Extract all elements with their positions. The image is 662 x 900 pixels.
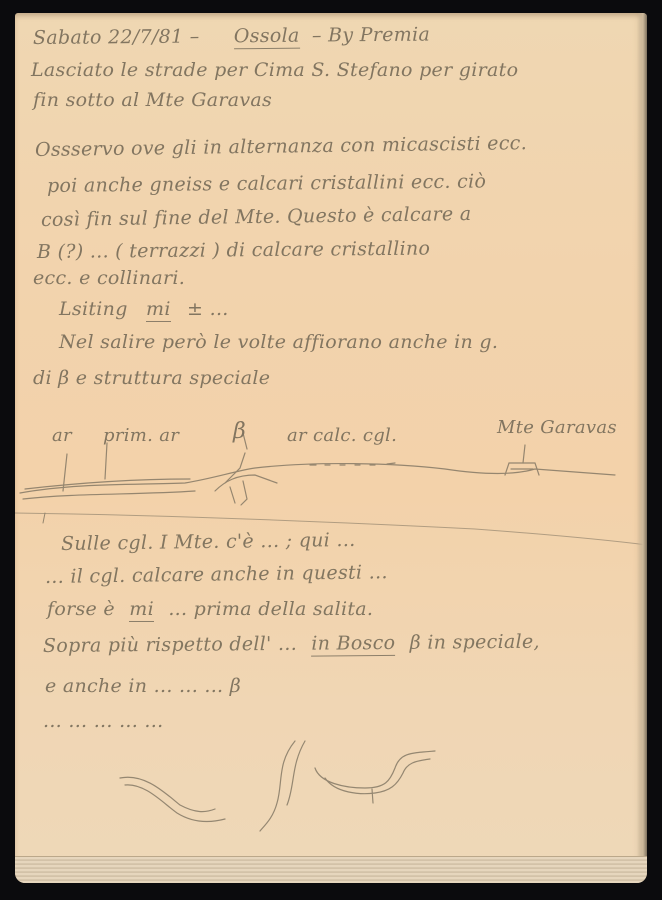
line-14-prefix: Sopra più rispetto dell' ...	[43, 633, 297, 657]
page-stack-edges	[15, 856, 647, 883]
text-line-11: Sulle cgl. I Mte. c'è ... ; qui ...	[61, 529, 356, 555]
text-line-14: Sopra più rispetto dell' ... in Bosco β …	[43, 631, 540, 657]
notebook-page: Sabato 22/7/81 – Ossola – By Premia Lasc…	[15, 13, 647, 883]
text-line-16: ... ... ... ... ...	[43, 710, 163, 732]
text-line-13: forse è mi ... prima della salita.	[47, 598, 373, 620]
line-13-prefix: forse è	[47, 598, 115, 620]
scanned-notebook-page: Sabato 22/7/81 – Ossola – By Premia Lasc…	[0, 0, 662, 900]
line-13-underlined: mi	[129, 598, 154, 622]
text-line-15: e anche in ... ... ... β	[45, 675, 241, 697]
line-13-rest: ... prima della salita.	[168, 598, 373, 620]
line-14-underlined: in Bosco	[311, 632, 395, 657]
geological-sketches	[15, 13, 647, 883]
line-14-rest: β in speciale,	[410, 631, 540, 654]
page-right-edge	[637, 13, 647, 883]
